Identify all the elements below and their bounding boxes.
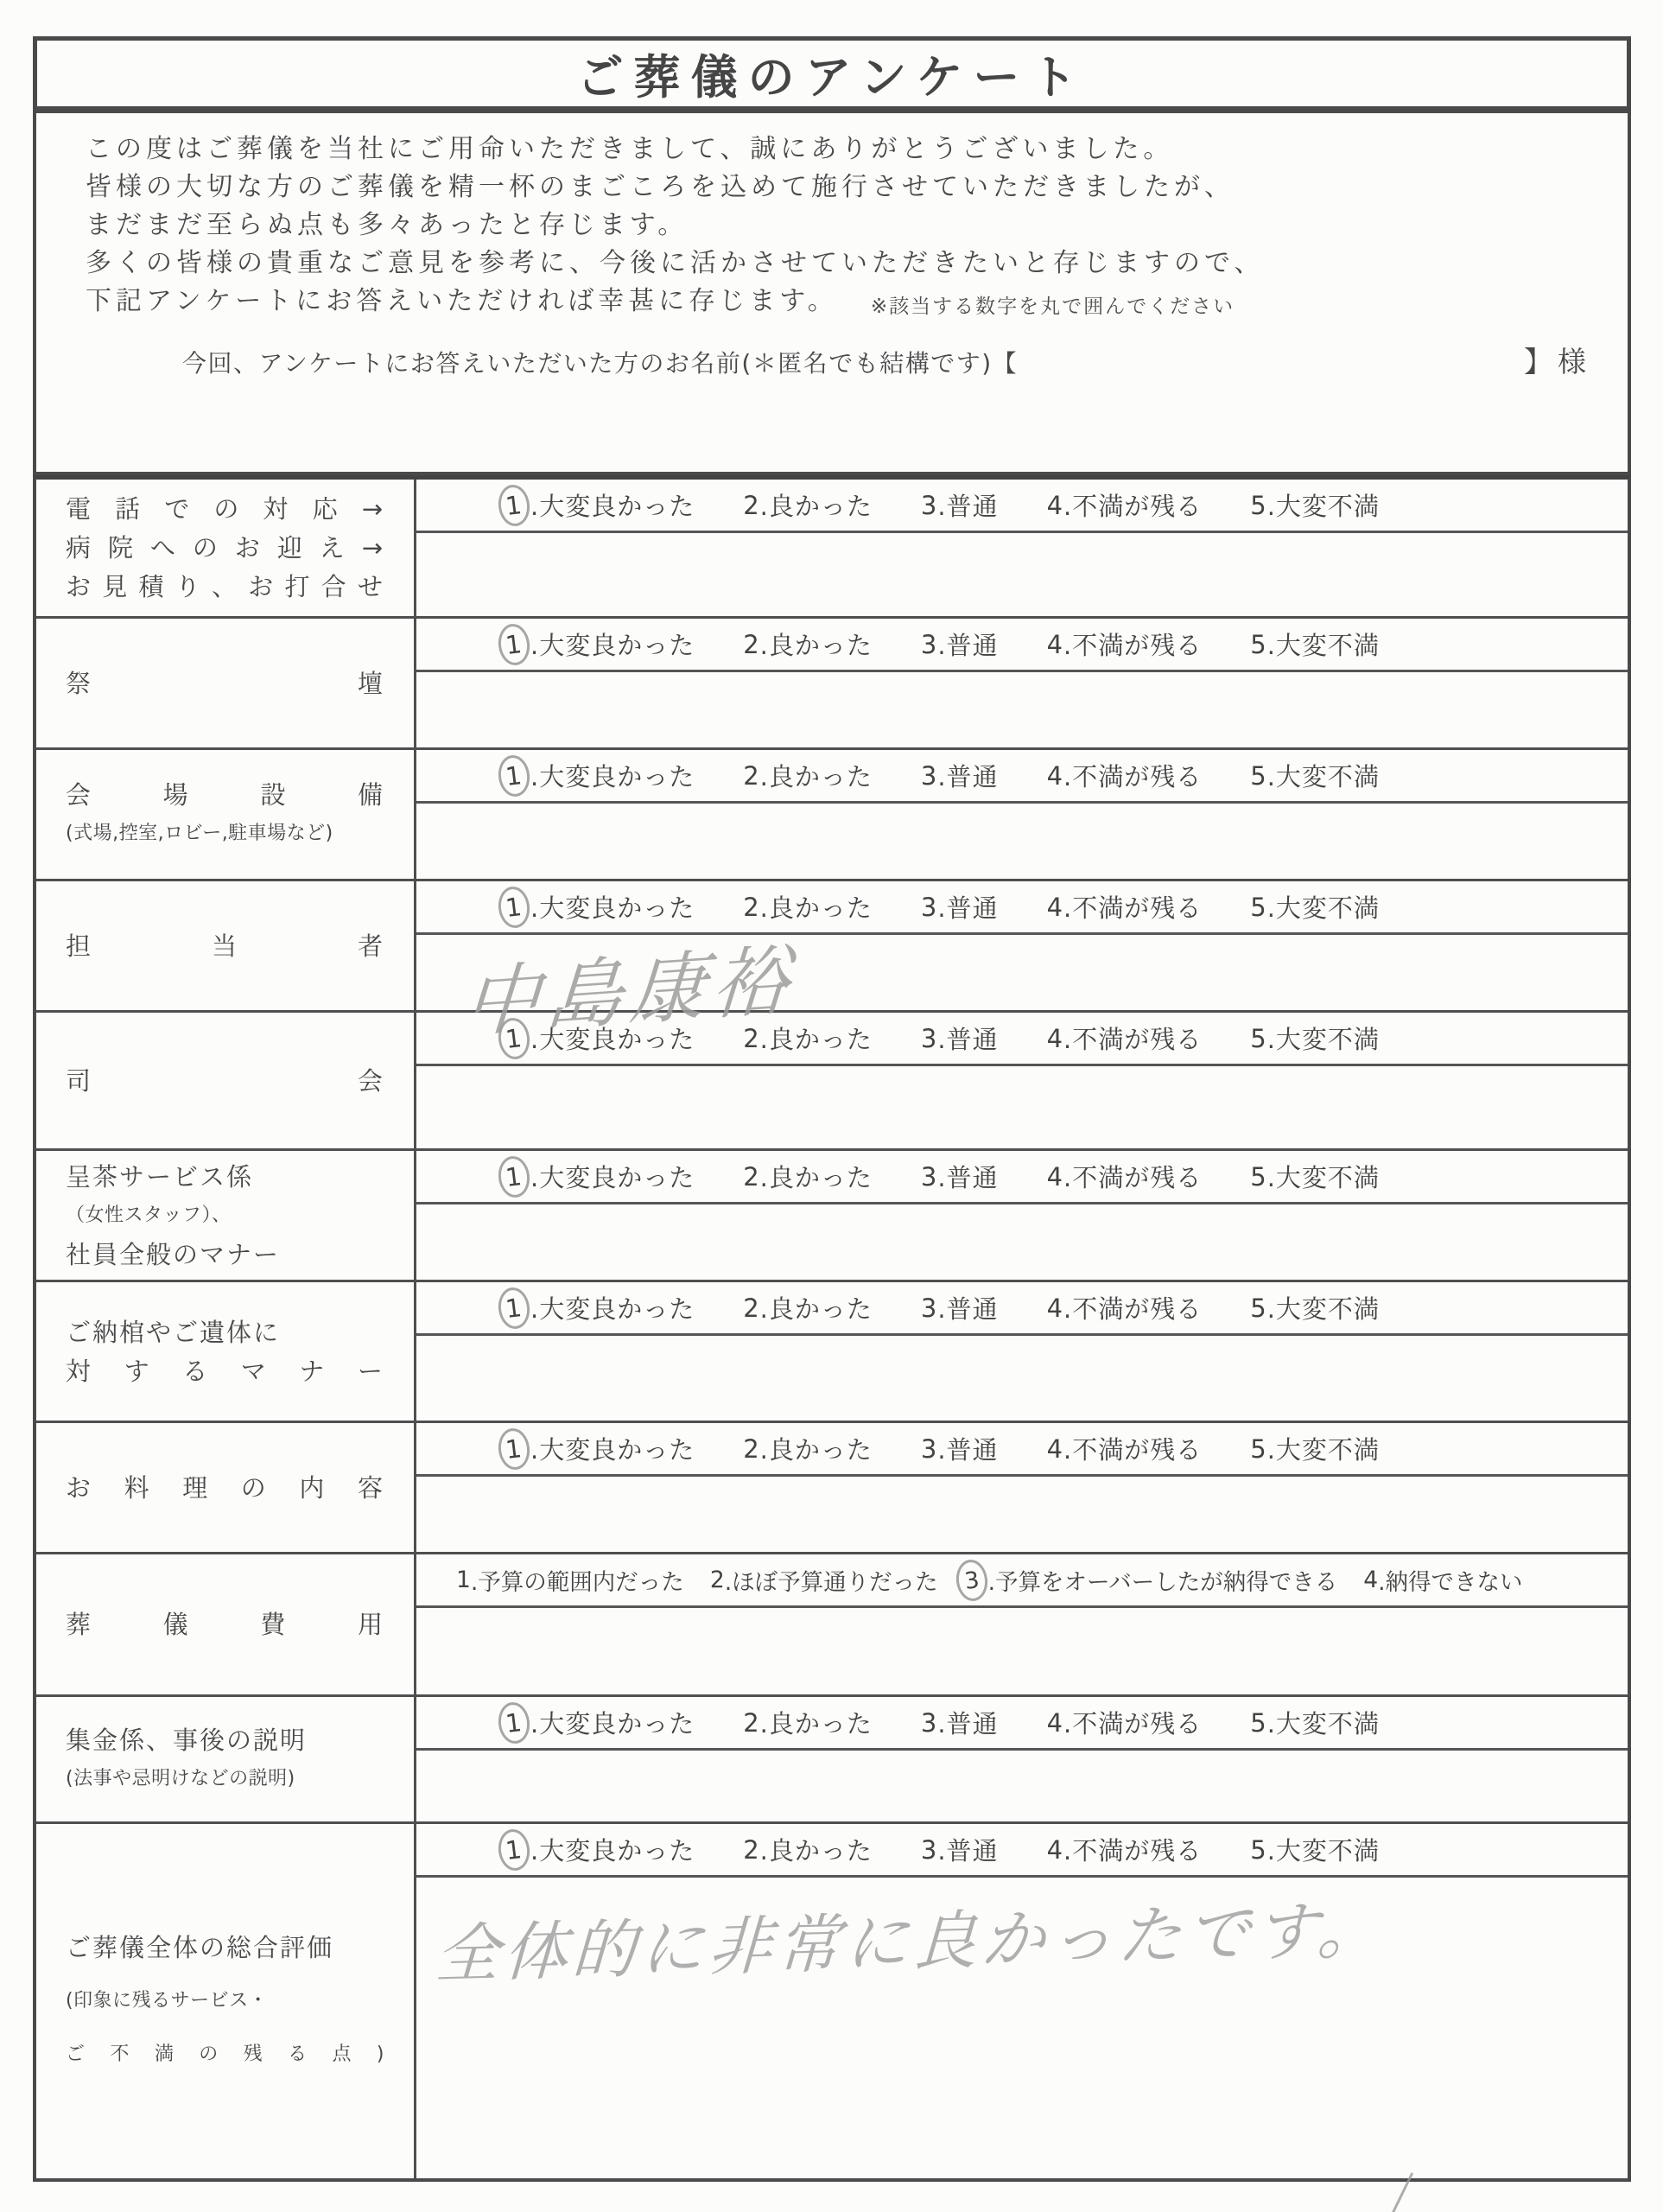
- row-label: ご納棺やご遺体に対するマナー: [36, 1282, 416, 1421]
- option-number: 5: [1250, 761, 1266, 791]
- options-line: 1.大変良かった2.良かった3.普通4.不満が残る5.大変不満: [416, 619, 1628, 672]
- respondent-name-line: 今回、アンケートにお答えいただいた方のお名前(＊匿名でも結構です)【 】様: [86, 343, 1593, 383]
- row-answer-cell: 1.大変良かった2.良かった3.普通4.不満が残る5.大変不満 中島康裕: [416, 881, 1628, 1010]
- survey-table: 電話での対応→病院へのお迎え→お見積り、お打合せ 1.大変良かった2.良かった3…: [33, 475, 1631, 2182]
- comment-area[interactable]: [416, 1066, 1628, 1148]
- option-number: 3: [921, 1162, 937, 1192]
- survey-sheet: ご葬儀のアンケート この度はご葬儀を当社にご用命いただきまして、誠にありがとうご…: [33, 36, 1631, 2182]
- options-line: 1.大変良かった2.良かった3.普通4.不満が残る5.大変不満: [416, 881, 1628, 935]
- option-item[interactable]: 2.良かった: [743, 626, 873, 662]
- row-label: 祭壇: [36, 619, 416, 747]
- options-line: 1.大変良かった2.良かった3.普通4.不満が残る5.大変不満: [416, 480, 1628, 533]
- option-number: 2: [743, 1162, 759, 1192]
- option-number: 4: [1047, 491, 1063, 520]
- option-number: 2: [743, 1708, 759, 1738]
- option-item[interactable]: 4.不満が残る: [1047, 889, 1203, 925]
- option-number: 5: [1250, 1708, 1266, 1738]
- row-answer-cell: 1.大変良かった2.良かった3.普通4.不満が残る5.大変不満: [416, 750, 1628, 879]
- option-item[interactable]: 1.大変良かった: [506, 758, 695, 793]
- option-item[interactable]: 5.大変不満: [1250, 1290, 1380, 1325]
- intro-line-1: この度はご葬儀を当社にご用命いただきまして、誠にありがとうございました。: [86, 130, 1593, 168]
- row-label-line: お見積り、お打合せ: [66, 570, 384, 603]
- option-item[interactable]: 2.良かった: [743, 1431, 873, 1466]
- row-label-line: 対するマナー: [66, 1355, 384, 1388]
- circle-instruction-note: ※該当する数字を丸で囲んでください: [871, 288, 1235, 326]
- option-number: 4: [1047, 761, 1063, 791]
- option-item[interactable]: 5.大変不満: [1250, 626, 1380, 662]
- form-title: ご葬儀のアンケート: [577, 41, 1088, 107]
- option-item[interactable]: 1.大変良かった: [506, 1705, 695, 1740]
- option-item[interactable]: 4.納得できない: [1363, 1563, 1522, 1597]
- row-label-line: (式場,控室,ロビー,駐車場など): [66, 817, 384, 850]
- option-item[interactable]: 4.不満が残る: [1047, 1159, 1203, 1194]
- row-label: 司会: [36, 1013, 416, 1148]
- option-number: 4: [1047, 1708, 1063, 1738]
- row-label-line: 会場設備: [66, 779, 384, 811]
- row-label-line: お料理の内容: [66, 1471, 384, 1504]
- option-item[interactable]: 5.大変不満: [1250, 1431, 1380, 1466]
- comment-area[interactable]: [416, 804, 1628, 879]
- option-number: 2: [743, 1835, 759, 1865]
- options-line: 1.大変良かった2.良かった3.普通4.不満が残る5.大変不満: [416, 1697, 1628, 1751]
- comment-area[interactable]: [416, 1751, 1628, 1821]
- row-label: 会場設備(式場,控室,ロビー,駐車場など): [36, 750, 416, 879]
- row-label: 電話での対応→病院へのお迎え→お見積り、お打合せ: [36, 480, 416, 616]
- option-item[interactable]: 2.良かった: [743, 1290, 873, 1325]
- option-number: 2: [743, 1434, 759, 1464]
- row-label: 担当者: [36, 881, 416, 1010]
- selection-circle: 1: [496, 884, 532, 929]
- handwritten-text: 全体的に非常に良かったです。: [434, 1879, 1387, 1996]
- row-label-line: 電話での対応→: [66, 493, 384, 525]
- option-number: 4: [1047, 1434, 1063, 1464]
- option-number: 2: [710, 1567, 725, 1593]
- table-row-mc: 司会 1.大変良かった2.良かった3.普通4.不満が残る5.大変不満: [36, 1010, 1628, 1148]
- options-line: 1.予算の範囲内だった2.ほぼ予算通りだった3.予算をオーバーしたが納得できる4…: [416, 1554, 1628, 1608]
- row-label-line: 祭壇: [66, 667, 384, 700]
- option-number: 3: [921, 1434, 937, 1464]
- option-item[interactable]: 5.大変不満: [1250, 889, 1380, 925]
- option-item[interactable]: 1.大変良かった: [506, 626, 695, 662]
- row-label: 呈茶サービス係（女性スタッフ）、社員全般のマナー: [36, 1151, 416, 1280]
- option-number: 3: [921, 491, 937, 520]
- intro-box: この度はご葬儀を当社にご用命いただきまして、誠にありがとうございました。 皆様の…: [33, 111, 1631, 475]
- option-number: 3: [921, 1024, 937, 1053]
- comment-area[interactable]: [416, 1336, 1628, 1421]
- selection-circle: 1: [496, 621, 532, 666]
- row-answer-cell: 1.大変良かった2.良かった3.普通4.不満が残る5.大変不満: [416, 619, 1628, 747]
- row-label-line: 葬儀費用: [66, 1608, 384, 1641]
- option-number: 5: [1250, 1162, 1266, 1192]
- intro-line-3: まだまだ至らぬ点も多々あったと存じます。: [86, 207, 1593, 245]
- option-item[interactable]: 4.不満が残る: [1047, 1832, 1203, 1867]
- table-row-food-content: お料理の内容 1.大変良かった2.良かった3.普通4.不満が残る5.大変不満: [36, 1421, 1628, 1552]
- options-line: 1.大変良かった2.良かった3.普通4.不満が残る5.大変不満: [416, 1282, 1628, 1336]
- option-item[interactable]: 3.普通: [921, 1020, 999, 1056]
- comment-area[interactable]: [416, 1205, 1628, 1280]
- option-number: 4: [1047, 1162, 1063, 1192]
- option-number: 4: [1047, 630, 1063, 659]
- row-label-line: （女性スタッフ）、: [66, 1199, 384, 1232]
- option-item[interactable]: 3.予算をオーバーしたが納得できる: [964, 1563, 1338, 1597]
- option-item[interactable]: 4.不満が残る: [1047, 626, 1203, 662]
- option-number: 3: [921, 630, 937, 659]
- option-item[interactable]: 4.不満が残る: [1047, 1705, 1203, 1740]
- option-item[interactable]: 2.良かった: [743, 1705, 873, 1740]
- option-number: 3: [921, 1835, 937, 1865]
- row-label-line: 社員全般のマナー: [66, 1238, 384, 1271]
- option-item[interactable]: 1.大変良かった: [506, 1832, 695, 1867]
- form-title-box: ご葬儀のアンケート: [33, 36, 1631, 111]
- options-line: 1.大変良かった2.良かった3.普通4.不満が残る5.大変不満: [416, 1824, 1628, 1878]
- option-number: 2: [743, 761, 759, 791]
- row-label-line: ご不満の残る点): [66, 2038, 384, 2071]
- option-number: 5: [1250, 1294, 1266, 1323]
- option-item[interactable]: 4.不満が残る: [1047, 487, 1203, 523]
- option-item[interactable]: 3.普通: [921, 487, 999, 523]
- intro-line-4: 多くの皆様の貴重なご意見を参考に、今後に活かさせていただきたいと存じますので、: [86, 245, 1593, 283]
- row-label: 集金係、事後の説明(法事や忌明けなどの説明): [36, 1697, 416, 1821]
- table-row-funeral-cost: 葬儀費用 1.予算の範囲内だった2.ほぼ予算通りだった3.予算をオーバーしたが納…: [36, 1552, 1628, 1694]
- option-item[interactable]: 5.大変不満: [1250, 1020, 1380, 1056]
- table-row-staff-in-charge: 担当者 1.大変良かった2.良かった3.普通4.不満が残る5.大変不満 中島康裕: [36, 879, 1628, 1010]
- option-item[interactable]: 3.普通: [921, 889, 999, 925]
- option-number: 2: [743, 893, 759, 922]
- table-row-altar: 祭壇 1.大変良かった2.良かった3.普通4.不満が残る5.大変不満: [36, 616, 1628, 747]
- row-label-line: (法事や忌明けなどの説明): [66, 1763, 384, 1796]
- comment-area[interactable]: [416, 672, 1628, 747]
- comment-area[interactable]: [416, 1608, 1628, 1694]
- selection-circle: 1: [496, 1827, 532, 1872]
- row-answer-cell: 1.大変良かった2.良かった3.普通4.不満が残る5.大変不満: [416, 1423, 1628, 1552]
- option-item[interactable]: 3.普通: [921, 1290, 999, 1325]
- option-item[interactable]: 2.良かった: [743, 487, 873, 523]
- option-number: 3: [921, 893, 937, 922]
- option-item[interactable]: 3.普通: [921, 1431, 999, 1466]
- option-item[interactable]: 5.大変不満: [1250, 1159, 1380, 1194]
- option-item[interactable]: 2.良かった: [743, 758, 873, 793]
- option-number: 5: [1250, 1024, 1266, 1053]
- selection-circle: 1: [496, 482, 532, 527]
- option-item[interactable]: 3.普通: [921, 1705, 999, 1740]
- option-number: 3: [921, 1708, 937, 1738]
- selection-circle: 1: [496, 753, 532, 798]
- respondent-name-label: 今回、アンケートにお答えいただいた方のお名前(＊匿名でも結構です)【: [182, 345, 1018, 383]
- option-number: 1: [456, 1567, 471, 1593]
- option-item[interactable]: 3.普通: [921, 1159, 999, 1194]
- option-number: 4: [1363, 1567, 1378, 1593]
- option-number: 5: [1250, 630, 1266, 659]
- option-item[interactable]: 5.大変不満: [1250, 487, 1380, 523]
- row-answer-cell: 1.大変良かった2.良かった3.普通4.不満が残る5.大変不満: [416, 1282, 1628, 1421]
- row-label-line: (印象に残るサービス・: [66, 1985, 384, 2018]
- row-label-line: 呈茶サービス係: [66, 1160, 384, 1193]
- option-item[interactable]: 4.不満が残る: [1047, 1290, 1203, 1325]
- table-row-encoffining-manner: ご納棺やご遺体に対するマナー 1.大変良かった2.良かった3.普通4.不満が残る…: [36, 1280, 1628, 1421]
- selection-circle: 1: [496, 1700, 532, 1745]
- row-label-line: 担当者: [66, 930, 384, 963]
- row-answer-cell: 1.予算の範囲内だった2.ほぼ予算通りだった3.予算をオーバーしたが納得できる4…: [416, 1554, 1628, 1694]
- row-answer-cell: 1.大変良かった2.良かった3.普通4.不満が残る5.大変不満: [416, 480, 1628, 616]
- option-number: 4: [1047, 1835, 1063, 1865]
- selection-circle: 3: [954, 1557, 990, 1602]
- option-item[interactable]: 4.不満が残る: [1047, 1020, 1203, 1056]
- option-number: 3: [921, 1294, 937, 1323]
- row-label: お料理の内容: [36, 1423, 416, 1552]
- option-item[interactable]: 1.大変良かった: [506, 1431, 695, 1466]
- option-item[interactable]: 1.大変良かった: [506, 889, 695, 925]
- row-label-line: 司会: [66, 1065, 384, 1097]
- comment-area[interactable]: 中島康裕: [416, 935, 1628, 1010]
- row-label-line: ご納棺やご遺体に: [66, 1316, 384, 1349]
- option-number: 4: [1047, 1294, 1063, 1323]
- table-row-overall-evaluation: ご葬儀全体の総合評価(印象に残るサービス・ご不満の残る点) 1.大変良かった2.…: [36, 1821, 1628, 2178]
- option-item[interactable]: 1.予算の範囲内だった: [456, 1563, 684, 1597]
- row-label-line: 集金係、事後の説明: [66, 1724, 384, 1757]
- option-number: 2: [743, 491, 759, 520]
- option-item[interactable]: 4.不満が残る: [1047, 758, 1203, 793]
- respondent-name-closing: 】様: [1524, 343, 1591, 381]
- option-item[interactable]: 3.普通: [921, 758, 999, 793]
- selection-circle: 1: [496, 1426, 532, 1471]
- option-number: 2: [743, 1294, 759, 1323]
- row-label-line: 病院へのお迎え→: [66, 531, 384, 564]
- comment-area[interactable]: 全体的に非常に良かったです。: [416, 1878, 1628, 2178]
- option-item[interactable]: 3.普通: [921, 1832, 999, 1867]
- row-answer-cell: 1.大変良かった2.良かった3.普通4.不満が残る5.大変不満: [416, 1697, 1628, 1821]
- option-item[interactable]: 1.大変良かった: [506, 1290, 695, 1325]
- option-item[interactable]: 2.良かった: [743, 1159, 873, 1194]
- option-number: 4: [1047, 1024, 1063, 1053]
- option-item[interactable]: 1.大変良かった: [506, 1159, 695, 1194]
- option-number: 4: [1047, 893, 1063, 922]
- option-number: 5: [1250, 1434, 1266, 1464]
- row-label: ご葬儀全体の総合評価(印象に残るサービス・ご不満の残る点): [36, 1824, 416, 2178]
- options-line: 1.大変良かった2.良かった3.普通4.不満が残る5.大変不満: [416, 750, 1628, 804]
- comment-area[interactable]: [416, 1477, 1628, 1552]
- row-answer-cell: 1.大変良かった2.良かった3.普通4.不満が残る5.大変不満: [416, 1151, 1628, 1280]
- scanned-survey-page: ご葬儀のアンケート この度はご葬儀を当社にご用命いただきまして、誠にありがとうご…: [0, 0, 1663, 2212]
- row-label-line: ご葬儀全体の総合評価: [66, 1931, 384, 1964]
- option-number: 3: [921, 761, 937, 791]
- selection-circle: 1: [496, 1285, 532, 1330]
- comment-area[interactable]: [416, 533, 1628, 616]
- row-answer-cell: 1.大変良かった2.良かった3.普通4.不満が残る5.大変不満 全体的に非常に良…: [416, 1824, 1628, 2178]
- option-item[interactable]: 4.不満が残る: [1047, 1431, 1203, 1466]
- intro-line-5-wrap: 下記アンケートにお答えいただければ幸甚に存じます。 ※該当する数字を丸で囲んでく…: [86, 283, 1593, 322]
- intro-line-5: 下記アンケートにお答えいただければ幸甚に存じます。: [86, 283, 838, 321]
- option-number: 2: [743, 630, 759, 659]
- option-number: 5: [1250, 491, 1266, 520]
- option-item[interactable]: 5.大変不満: [1250, 1705, 1380, 1740]
- option-item[interactable]: 1.大変良かった: [506, 487, 695, 523]
- option-item[interactable]: 2.良かった: [743, 1832, 873, 1867]
- table-row-tea-service-staff-manner: 呈茶サービス係（女性スタッフ）、社員全般のマナー 1.大変良かった2.良かった3…: [36, 1148, 1628, 1280]
- table-row-phone-response: 電話での対応→病院へのお迎え→お見積り、お打合せ 1.大変良かった2.良かった3…: [36, 480, 1628, 616]
- option-item[interactable]: 3.普通: [921, 626, 999, 662]
- selection-circle: 1: [496, 1154, 532, 1198]
- option-number: 5: [1250, 1835, 1266, 1865]
- option-number: 5: [1250, 893, 1266, 922]
- row-label: 葬儀費用: [36, 1554, 416, 1694]
- options-line: 1.大変良かった2.良かった3.普通4.不満が残る5.大変不満: [416, 1151, 1628, 1205]
- options-line: 1.大変良かった2.良かった3.普通4.不満が残る5.大変不満: [416, 1423, 1628, 1477]
- option-item[interactable]: 5.大変不満: [1250, 758, 1380, 793]
- option-item[interactable]: 2.良かった: [743, 889, 873, 925]
- option-item[interactable]: 5.大変不満: [1250, 1832, 1380, 1867]
- option-item[interactable]: 2.ほぼ予算通りだった: [710, 1563, 938, 1597]
- table-row-billing-after-explanation: 集金係、事後の説明(法事や忌明けなどの説明) 1.大変良かった2.良かった3.普…: [36, 1694, 1628, 1821]
- intro-line-2: 皆様の大切な方のご葬儀を精一杯のまごころを込めて施行させていただきましたが、: [86, 168, 1593, 207]
- table-row-venue-facilities: 会場設備(式場,控室,ロビー,駐車場など) 1.大変良かった2.良かった3.普通…: [36, 747, 1628, 879]
